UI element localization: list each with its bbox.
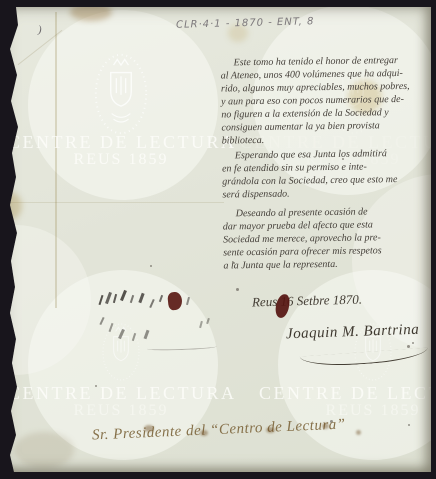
- watermark-org-year: REUS 1859: [8, 152, 234, 167]
- watermark-org-name: CENTRE DE LECTURA: [8, 385, 234, 401]
- handwritten-line: será dispensado.: [222, 186, 436, 202]
- handwritten-line: biblioteca.: [222, 132, 436, 148]
- stain: [14, 432, 74, 468]
- fold-crease-horizontal: [8, 202, 224, 203]
- stain: [0, 192, 22, 220]
- watermark-stamp-top-left: CENTRE DE LECTURA REUS 1859: [8, 52, 234, 167]
- stain: [70, 3, 112, 21]
- dateline: Reus 16 Setbre 1870.: [252, 292, 362, 311]
- corner-pencil-mark: ): [37, 24, 43, 37]
- letter-body: Este tomo ha tenido el honor de entregar…: [221, 54, 436, 273]
- centre-de-lectura-crest-icon: [93, 52, 149, 136]
- manuscript-page: CENTRE DE LECTURA REUS 1859 CENTRE DE LE…: [4, 7, 431, 472]
- watermark-org-year: REUS 1859: [259, 403, 436, 418]
- document-scan: CENTRE DE LECTURA REUS 1859 CENTRE DE LE…: [0, 0, 436, 479]
- watermark-org-name: CENTRE DE LECTURA: [8, 134, 234, 150]
- watermark-org-name: CENTRE DE LECTURA: [259, 385, 436, 401]
- watermark-org-year: REUS 1859: [8, 403, 234, 418]
